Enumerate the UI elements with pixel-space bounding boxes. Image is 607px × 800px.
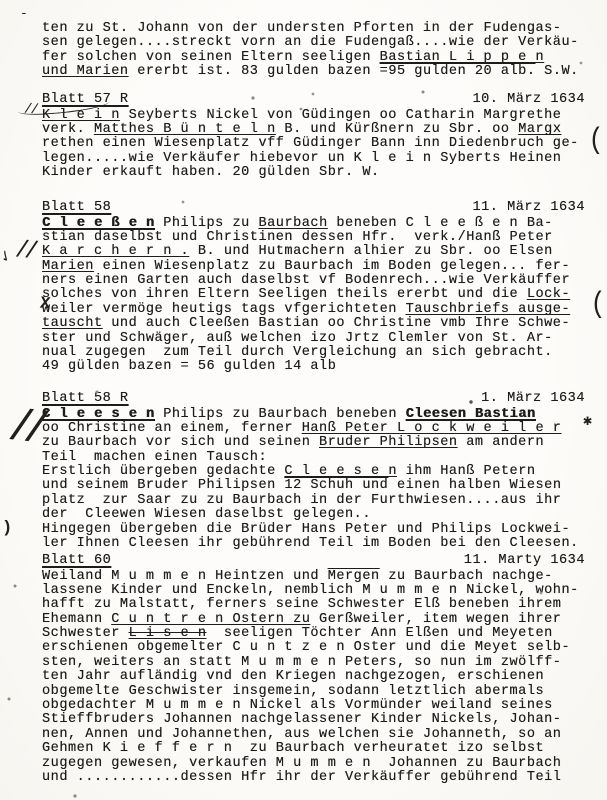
text-line: Gehmen K i e f f e r n zu Baurbach verhe…	[42, 742, 597, 756]
text-line: Stieffbruders Johannen nachgelassener Ki…	[42, 713, 597, 727]
text-segment: und auch Cleeßen Bastian oo Christine vm…	[103, 316, 571, 331]
entry-date: 10. März 1634	[472, 93, 597, 108]
text-segment: und ............dessen Hfr ihr der Verkä…	[42, 770, 561, 785]
text-line: platz zur Saar zu zu Baurbach in der Fur…	[42, 494, 597, 508]
text-segment: Bastian L i p p e n	[380, 50, 545, 65]
text-line: obgemelte Geschwister insgemein, sodann …	[42, 685, 597, 699]
text-segment: Hingegen übergeben die Brüder Hans Peter…	[42, 522, 570, 537]
text-line: sten, weiters an statt M u m m e n Peter…	[42, 656, 597, 670]
entry-body: C l e e s e n Philips zu Baurbach benebe…	[42, 408, 597, 552]
text-segment: Gerßweiler, item wegen ihrer	[310, 612, 561, 627]
scan-specks	[0, 0, 2, 2]
text-segment: einen halben Wiesen	[388, 478, 561, 493]
text-segment: nual zugegen zum Teil durch Vergleichung…	[42, 345, 553, 360]
text-segment: ners einen Garten auch daselbst vf Boden…	[42, 273, 570, 288]
entry-body: C l e e ß e n Philips zu Baurbach benebe…	[42, 217, 597, 375]
text-line: Schwester L i s e n seeligen Töchter Ann…	[42, 627, 597, 641]
text-segment: 12 Schuh und	[284, 478, 388, 493]
text-segment: tauscht	[42, 316, 103, 331]
text-segment: Stieffbruders Johannen nachgelassener Ki…	[42, 712, 561, 727]
text-line: verk. Matthes B ü n t e l n B. und Kürßn…	[42, 123, 597, 137]
text-segment: =95 gulden 20 alb.	[380, 64, 536, 79]
text-line: lassene Kinder und Enckeln, nemblich M u…	[42, 584, 597, 598]
entry-date: 1. März 1634	[481, 392, 597, 407]
text-segment: ster und Schwäger, auß welchen izo Jrtz …	[42, 331, 553, 346]
text-segment: C u n t r e n Ostern zu	[111, 612, 310, 627]
text-segment: L i s e n	[129, 626, 207, 641]
text-line: Marien einen Wiesenplatz zu Baurbach im …	[42, 260, 597, 274]
text-segment: legen.....wie Verkäufer hiebevor un K l …	[42, 151, 561, 166]
text-line: oo Christine an einem, ferner Hanß Peter…	[42, 422, 597, 436]
text-segment: C l e e s e n	[284, 464, 397, 479]
text-segment: verk.	[42, 122, 94, 137]
text-line: ten zu St. Johann von der understen Pfor…	[42, 22, 597, 36]
text-segment: Hanß Peter L o c k w e i l e r	[302, 421, 562, 436]
text-segment: zu Baurbach vor sich und seinen	[42, 435, 319, 450]
text-segment: rethen einen Wiesenplatz vff Güdinger Ba…	[42, 136, 579, 151]
text-segment: B. und Hutmachern alhier zu Sbr. oo Else…	[189, 244, 553, 259]
text-line: nen, Annen und Johannethen, aus welchen …	[42, 728, 597, 742]
text-segment: Baurbach	[258, 216, 327, 231]
text-segment: Marien	[42, 259, 94, 274]
text-line: und Marien ererbt ist. 83 gulden bazen =…	[42, 65, 597, 79]
text-segment: ten Jahr aufländig vnd den Kriegen nachg…	[42, 669, 544, 684]
text-line: und seinem Bruder Philipsen 12 Schuh und…	[42, 479, 597, 493]
entry-body: Weiland M u m m e n Heintzen und Mergen …	[42, 570, 597, 786]
text-segment: nen, Annen und Johannethen, aus welchen …	[42, 727, 561, 742]
text-segment: zu Baurbach nachge-	[380, 569, 553, 584]
text-segment: Philips zu	[155, 216, 259, 231]
text-segment: obgedachter M u m m e n Nickel als Vormü…	[42, 698, 553, 713]
entry-heading-row: Blatt 60 11. Marty 1634	[42, 554, 597, 570]
text-segment: Seyberts Nickel von Güdingen oo Catharin…	[120, 108, 562, 123]
text-line: K a r c h e r n . B. und Hutmachern alhi…	[42, 245, 597, 259]
text-segment: hafft zu Malstatt, ferners seine Schwest…	[42, 597, 561, 612]
text-segment: zugegen gewesen, verkaufen M u m m e n J…	[42, 756, 561, 771]
text-line: Ehemann C u n t r e n Ostern zu Gerßweil…	[42, 613, 597, 627]
text-segment: Mergen	[328, 569, 380, 584]
text-line: K l e i n Seyberts Nickel von Güdingen o…	[42, 109, 597, 123]
text-segment: am andern	[458, 435, 545, 450]
asterisk-mark-icon: ✱	[583, 411, 592, 430]
text-segment: Weiland M u m m e n Heintzen und	[42, 569, 328, 584]
text-segment: solches von ihren Eltern Seeligen theils…	[42, 287, 527, 302]
text-segment: Philips zu Baurbach beneben	[155, 407, 406, 422]
text-line: nual zugegen zum Teil durch Vergleichung…	[42, 346, 597, 360]
text-line: obgedachter M u m m e n Nickel als Vormü…	[42, 699, 597, 713]
text-segment: ihm Hanß Petern	[397, 464, 536, 479]
text-line: ten Jahr aufländig vnd den Kriegen nachg…	[42, 670, 597, 684]
double-slash-mark-icon: //	[14, 237, 35, 266]
text-line: solches von ihren Eltern Seeligen theils…	[42, 288, 597, 302]
text-segment: und Marien	[42, 64, 129, 79]
register-entry-blatt-58r: Blatt 58 R 1. März 1634 C l e e s e n Ph…	[42, 392, 597, 551]
text-segment: C l e e ß e n	[42, 216, 155, 231]
text-segment: einen Wiesenplatz zu Baurbach im Boden g…	[94, 259, 570, 274]
text-segment: weiler vermöge heutigs tags vfgerichtete…	[42, 302, 406, 317]
text-segment: und seinem Bruder Philipsen	[42, 478, 284, 493]
text-segment: sen gelegen....streckt vorn an die Fuden…	[42, 35, 579, 50]
text-segment: Bruder Philipsen	[319, 435, 458, 450]
text-line: weiler vermöge heutigs tags vfgerichtete…	[42, 303, 597, 317]
text-segment: Ehemann	[42, 612, 111, 627]
text-line: sen gelegen....streckt vorn an die Fuden…	[42, 36, 597, 50]
text-segment: Lock-	[527, 287, 570, 302]
text-line: Hingegen übergeben die Brüder Hans Peter…	[42, 523, 597, 537]
text-line: der Cleewen Wiesen daselbst gelegen..	[42, 508, 597, 522]
text-line: 49 gülden bazen = 56 gulden 14 alb	[42, 360, 597, 374]
text-line: legen.....wie Verkäufer hiebevor un K l …	[42, 152, 597, 166]
register-entry-blatt-60: Blatt 60 11. Marty 1634 Weiland M u m m …	[42, 554, 597, 785]
text-segment: 49 gülden bazen = 56 gulden 14 alb	[42, 359, 336, 374]
text-line: stian daselbst und Christinen dessen Hfr…	[42, 231, 597, 245]
text-segment: Erstlich übergeben gedachte	[42, 464, 284, 479]
text-segment: Cleesen Bastian	[406, 407, 536, 422]
text-segment: Matthes B ü n t e l n	[94, 122, 276, 137]
text-segment: ten zu St. Johann von der understen Pfor…	[42, 21, 561, 36]
text-line: und ............dessen Hfr ihr der Verkä…	[42, 771, 597, 785]
text-line: hafft zu Malstatt, ferners seine Schwest…	[42, 598, 597, 612]
text-segment: der Cleewen Wiesen daselbst gelegen..	[42, 507, 371, 522]
entry-heading-row: Blatt 57 R 10. März 1634	[42, 93, 597, 109]
text-line: C l e e ß e n Philips zu Baurbach benebe…	[42, 217, 597, 231]
text-segment: Margx	[518, 122, 561, 137]
text-segment: platz zur Saar zu zu Baurbach in der Fur…	[42, 493, 561, 508]
text-segment: Gehmen K i e f f e r n zu Baurbach verhe…	[42, 741, 544, 756]
text-line: ler Ihnen Cleesen ihr gebührend Teil im …	[42, 537, 597, 551]
entry-heading: Blatt 58 R	[42, 392, 129, 407]
text-segment: Kinder erkauft haben. 20 gülden Sbr. W.	[42, 165, 380, 180]
text-segment: sten, weiters an statt M u m m e n Peter…	[42, 655, 561, 670]
text-line: ster und Schwäger, auß welchen izo Jrtz …	[42, 332, 597, 346]
text-segment: obgemelte Geschwister insgemein, sodann …	[42, 684, 544, 699]
text-line: tauscht und auch Cleeßen Bastian oo Chri…	[42, 317, 597, 331]
entry-heading: Blatt 60	[42, 554, 111, 569]
text-segment: erschienen obgemelter C u n t z e n Oste…	[42, 640, 570, 655]
register-entry-blatt-57r: Blatt 57 R 10. März 1634 K l e i n Seybe…	[42, 93, 597, 180]
text-segment: stian daselbst und Christinen dessen Hfr…	[42, 230, 553, 245]
text-line: ners einen Garten auch daselbst vf Boden…	[42, 274, 597, 288]
entry-date: 11. März 1634	[472, 201, 597, 216]
text-segment: seeligen Töchter Ann Elßen und Meyeten	[207, 626, 553, 641]
text-segment: Tauschbriefs ausge-	[406, 302, 571, 317]
open-paren-mark-icon: (	[590, 288, 605, 322]
text-segment: ererbt ist. 83 gulden bazen	[129, 64, 380, 79]
text-line: C l e e s e n Philips zu Baurbach benebe…	[42, 408, 597, 422]
text-segment: oo Christine an einem, ferner	[42, 421, 302, 436]
text-line: zugegen gewesen, verkaufen M u m m e n J…	[42, 757, 597, 771]
entry-body: K l e i n Seyberts Nickel von Güdingen o…	[42, 109, 597, 181]
text-line: Kinder erkauft haben. 20 gülden Sbr. W.	[42, 166, 597, 180]
text-segment: Schwester	[42, 626, 129, 641]
entry-heading-row: Blatt 58 R 1. März 1634	[42, 392, 597, 408]
double-slash-mark-icon: //	[5, 403, 41, 456]
text-line: erschienen obgemelter C u n t z e n Oste…	[42, 641, 597, 655]
text-segment: Teil machen einen Tausch:	[42, 450, 267, 465]
intro-paragraph: ten zu St. Johann von der understen Pfor…	[42, 22, 597, 80]
text-segment: ler Ihnen Cleesen ihr gebührend Teil im …	[42, 536, 579, 551]
entry-heading: Blatt 58	[42, 201, 111, 216]
text-segment: beneben C l e e ß e n Ba-	[328, 216, 553, 231]
text-segment: lassene Kinder und Enckeln, nemblich M u…	[42, 583, 579, 598]
text-line: zu Baurbach vor sich und seinen Bruder P…	[42, 436, 597, 450]
text-segment: C l e e s e n	[42, 407, 155, 422]
text-line: rethen einen Wiesenplatz vff Güdinger Ba…	[42, 137, 597, 151]
entry-heading-row: Blatt 58 11. März 1634	[42, 201, 597, 217]
text-line: Teil machen einen Tausch:	[42, 451, 597, 465]
x-cross-mark-icon: X	[39, 295, 51, 315]
text-line: fer solchen von seinen Eltern seeligen B…	[42, 51, 597, 65]
stray-dash-mark-icon: -	[20, 6, 28, 21]
text-segment: fer solchen von seinen Eltern seeligen	[42, 50, 380, 65]
text-line: Weiland M u m m e n Heintzen und Mergen …	[42, 570, 597, 584]
register-entry-blatt-58: Blatt 58 11. März 1634 C l e e ß e n Phi…	[42, 201, 597, 375]
text-segment: K a r c h e r n .	[42, 244, 189, 259]
close-paren-mark-icon: )	[2, 519, 12, 538]
text-segment: B. und Kürßnern zu Sbr. oo	[276, 122, 518, 137]
document-page: ten zu St. Johann von der understen Pfor…	[0, 0, 607, 800]
entry-date: 11. Marty 1634	[464, 554, 597, 569]
open-paren-mark-icon: (	[588, 124, 603, 158]
text-segment: S.W.	[536, 64, 579, 79]
